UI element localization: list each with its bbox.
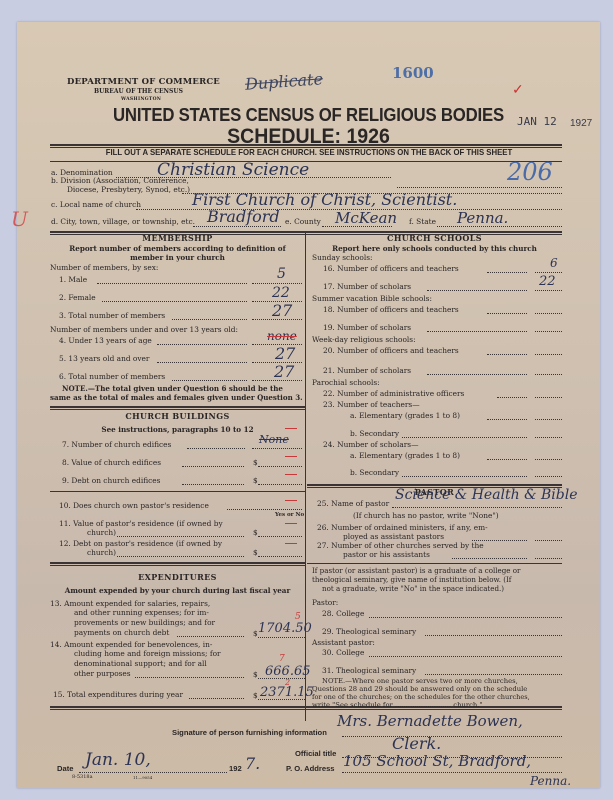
- leader-dots: [187, 448, 245, 449]
- q23b-field[interactable]: [535, 437, 562, 438]
- q13-label: 13. Amount expended for salaries, repair…: [50, 599, 210, 608]
- residence-debt-label: 12. Debt on pastor's residence (if owned…: [59, 539, 222, 548]
- q14-label-4: other purposes: [74, 669, 131, 678]
- red-check-mark: [285, 428, 297, 429]
- q13-label-4: payments on church debt: [74, 628, 169, 637]
- q27-field[interactable]: [535, 558, 562, 559]
- leader-dots: [157, 362, 247, 363]
- leader-dots: [189, 698, 244, 699]
- q21-label: 21. Number of scholars: [323, 366, 411, 375]
- leader-dots: [97, 283, 247, 284]
- currency-symbol: $: [253, 458, 258, 467]
- leader-dots: [427, 331, 527, 332]
- female-label: 2. Female: [59, 293, 96, 302]
- residence-value-field[interactable]: [258, 536, 302, 537]
- red-check-icon: ✓: [512, 82, 524, 98]
- edifices-debt-field[interactable]: [258, 484, 302, 485]
- leader-dots: [182, 466, 244, 467]
- q26-label-2: ployed as assistant pastors: [343, 532, 444, 541]
- q19-label: 19. Number of scholars: [323, 323, 411, 332]
- q14-label-2: cluding home and foreign missions; for: [74, 649, 221, 658]
- leader-dots: [402, 437, 527, 438]
- q27-label: 27. Number of other churches served by t…: [317, 541, 484, 550]
- denomination-dots-right: [397, 187, 562, 188]
- leader-dots: [172, 319, 247, 320]
- divider: [307, 563, 562, 564]
- q21-field[interactable]: [535, 374, 562, 375]
- currency-symbol: $: [253, 629, 258, 638]
- signature-value: Mrs. Bernadette Bowen,: [337, 712, 523, 730]
- q30-label: 30. College: [322, 648, 364, 657]
- q23-label: 23. Number of teachers—: [323, 400, 420, 409]
- membership-subtitle-2: member in your church: [50, 253, 305, 262]
- by-sex-label: Number of members, by sex:: [50, 263, 158, 272]
- bureau-heading: BUREAU OF THE CENSUS: [94, 88, 183, 95]
- form-title: UNITED STATES CENSUS OF RELIGIOUS BODIES: [37, 105, 579, 126]
- summer-schools-label: Summer vacation Bible schools:: [312, 294, 432, 303]
- column-divider: [305, 231, 306, 721]
- q17-label: 17. Number of scholars: [323, 282, 411, 291]
- form-number: 8-5318a: [72, 774, 93, 780]
- q13-value: 1704.50: [258, 621, 312, 636]
- yes-no-hint: Yes or No: [275, 512, 304, 518]
- leader-dots: [487, 313, 527, 314]
- membership-note-2: same as the total of males and females g…: [50, 393, 305, 402]
- county-value: McKean: [335, 209, 397, 227]
- residence-debt-label-2: church): [87, 548, 116, 557]
- q20-label: 20. Number of officers and teachers: [323, 346, 459, 355]
- q25-label: 25. Name of pastor: [317, 499, 389, 508]
- official-title-label: Official title: [295, 749, 336, 758]
- edifices-value-label: 8. Value of church edifices: [62, 458, 161, 467]
- census-schedule-sheet: DEPARTMENT OF COMMERCE BUREAU OF THE CEN…: [17, 22, 600, 788]
- q29-label: 29. Theological seminary: [322, 627, 416, 636]
- handwritten-duplicate: Duplicate: [244, 69, 323, 93]
- q23a-field[interactable]: [535, 419, 562, 420]
- red-check-mark: [285, 543, 297, 544]
- q16-label: 16. Number of officers and teachers: [323, 264, 459, 273]
- city-field[interactable]: [193, 226, 281, 227]
- 13-and-over-label: 5. 13 years old and over: [59, 354, 149, 363]
- margin-mark: U: [11, 207, 28, 231]
- edifices-count-value: None: [259, 433, 289, 446]
- q30-field[interactable]: [369, 656, 562, 657]
- local-name-label: c. Local name of church: [51, 200, 141, 209]
- leader-dots: [402, 476, 527, 477]
- section-rule: [50, 562, 305, 566]
- graduate-note: If pastor (or assistant pastor) is a gra…: [312, 566, 520, 575]
- q15-correction: 2: [285, 678, 290, 687]
- leader-dots: [452, 558, 527, 559]
- weekday-schools-label: Week-day religious schools:: [312, 335, 416, 344]
- q14-correction: 7: [279, 654, 285, 664]
- residence-value-label-2: church): [87, 528, 116, 537]
- leader-dots: [497, 397, 527, 398]
- leader-dots: [172, 380, 247, 381]
- address-field[interactable]: [342, 772, 562, 773]
- q26-field[interactable]: [535, 540, 562, 541]
- parochial-schools-label: Parochial schools:: [312, 378, 380, 387]
- residence-debt-field[interactable]: [258, 556, 302, 557]
- graduate-note-2: theological seminary, give name of insti…: [312, 575, 511, 584]
- q16-value: 6: [550, 256, 558, 270]
- q17-value: 22: [539, 274, 556, 289]
- leader-dots: [102, 301, 247, 302]
- leader-dots: [427, 374, 527, 375]
- q28-label: 28. College: [322, 609, 364, 618]
- q13-label-3: provements or new buildings; and for: [74, 618, 215, 627]
- address-label: P. O. Address: [286, 764, 335, 773]
- pastor-name-field[interactable]: [392, 507, 562, 508]
- leader-dots: [135, 677, 244, 678]
- signature-label: Signature of person furnishing informati…: [172, 728, 327, 737]
- edifices-debt-label: 9. Debt on church edifices: [62, 476, 160, 485]
- leader-dots: [117, 556, 244, 557]
- denomination-code: 206: [507, 158, 553, 186]
- q24-label: 24. Number of scholars—: [323, 440, 419, 449]
- city-label: d. City, town, village, or township, etc…: [51, 217, 195, 226]
- pastor-subheading: Pastor:: [312, 598, 338, 607]
- q13-field[interactable]: [258, 637, 305, 638]
- expenditures-title: EXPENDITURES: [50, 572, 305, 582]
- date-field[interactable]: [79, 772, 227, 773]
- leader-dots: [487, 459, 527, 460]
- q18-field[interactable]: [535, 313, 562, 314]
- q27-label-2: pastor or his assistants: [343, 550, 430, 559]
- print-code: 11—9054: [133, 775, 152, 780]
- divider: [50, 491, 305, 492]
- leader-dots: [182, 484, 244, 485]
- currency-symbol: $: [253, 670, 258, 679]
- q31-label: 31. Theological seminary: [322, 666, 416, 675]
- q16-field[interactable]: [535, 272, 562, 273]
- edifices-count-label: 7. Number of church edifices: [62, 440, 171, 449]
- owns-residence-field[interactable]: [227, 509, 302, 510]
- currency-symbol: $: [253, 528, 258, 537]
- pastor-note-4: write "See schedule for ................…: [312, 701, 483, 710]
- church-schools-subtitle: Report here only schools conducted by th…: [307, 244, 562, 253]
- q18-label: 18. Number of officers and teachers: [323, 305, 459, 314]
- q23b-label: b. Secondary: [350, 429, 399, 438]
- q24a-field[interactable]: [535, 459, 562, 460]
- membership-note: NOTE.—The total given under Question 6 s…: [62, 384, 302, 393]
- section-rule: [50, 706, 562, 710]
- q26-label: 26. Number of ordained ministers, if any…: [317, 523, 488, 532]
- signature-field[interactable]: [342, 736, 562, 737]
- q17-field[interactable]: [535, 290, 562, 291]
- date-label: Date: [57, 764, 73, 773]
- q24b-label: b. Secondary: [350, 468, 399, 477]
- q28-field[interactable]: [369, 617, 562, 618]
- currency-symbol: $: [253, 476, 258, 485]
- q31-field[interactable]: [425, 674, 562, 675]
- total-members-2-value: 27: [274, 362, 294, 381]
- leader-dots: [177, 636, 244, 637]
- total-members-value: 27: [272, 301, 292, 320]
- currency-symbol: $: [253, 691, 258, 700]
- q14-label: 14. Amount expended for benevolences, in…: [50, 640, 212, 649]
- address-value: 105 School St, Bradford,: [343, 752, 531, 770]
- received-date-stamp: JAN 12: [517, 115, 557, 128]
- total-members-label: 3. Total number of members: [59, 311, 165, 320]
- edifices-value-field[interactable]: [258, 466, 302, 467]
- pastor-name-value: Science & Health & Bible: [395, 487, 578, 503]
- date-value: Jan. 10,: [85, 750, 151, 770]
- county-label: e. County: [285, 217, 321, 226]
- q23a-label: a. Elementary (grades 1 to 8): [350, 411, 460, 420]
- q14-value: 666.65: [265, 664, 311, 679]
- leader-dots: [117, 536, 244, 537]
- red-check-mark: [285, 523, 297, 524]
- leader-dots: [427, 290, 527, 291]
- division-label: b. Division (Association, Conference,: [51, 176, 189, 185]
- section-rule: [50, 406, 305, 410]
- assistant-pastor-subheading: Assistant pastor:: [312, 638, 375, 647]
- membership-subtitle: Report number of members according to de…: [50, 244, 305, 253]
- q19-field[interactable]: [535, 331, 562, 332]
- q22-field[interactable]: [535, 397, 562, 398]
- division-label-2: Diocese, Presbytery, Synod, etc.): [67, 185, 190, 194]
- q25-hint: (If church has no pastor, write "None"): [353, 511, 499, 520]
- instruction-line: FILL OUT A SEPARATE SCHEDULE FOR EACH CH…: [72, 148, 547, 157]
- female-value: 22: [272, 285, 290, 301]
- leader-dots: [487, 419, 527, 420]
- leader-dots: [157, 344, 247, 345]
- q24b-field[interactable]: [535, 476, 562, 477]
- city-heading: WASHINGTON: [121, 97, 161, 102]
- state-label: f. State: [409, 217, 436, 226]
- red-check-mark: [285, 456, 297, 457]
- membership-title: MEMBERSHIP: [50, 233, 305, 243]
- q29-field[interactable]: [425, 635, 562, 636]
- year-value: 7.: [245, 754, 260, 773]
- city-value: Bradford: [207, 207, 280, 226]
- male-field[interactable]: [252, 283, 302, 284]
- by-age-label: Number of members under and over 13 year…: [50, 325, 238, 334]
- q20-field[interactable]: [535, 354, 562, 355]
- red-check-mark: [285, 500, 297, 501]
- owns-residence-label: 10. Does church own pastor's residence: [59, 501, 209, 510]
- male-value: 5: [277, 266, 286, 282]
- under-13-value: none: [267, 329, 297, 343]
- leader-dots: [487, 354, 527, 355]
- year-prefix: 192: [229, 764, 242, 773]
- expenditures-subtitle: Amount expended by your church during la…: [50, 586, 305, 595]
- q14-label-3: denominational support; and for all: [74, 659, 207, 668]
- edifices-count-field[interactable]: [252, 448, 302, 449]
- q24a-label: a. Elementary (grades 1 to 8): [350, 451, 460, 460]
- total-members-2-label: 6. Total number of members: [59, 372, 165, 381]
- sunday-schools-label: Sunday schools:: [312, 253, 372, 262]
- church-buildings-title: CHURCH BUILDINGS: [50, 411, 305, 421]
- under-13-label: 4. Under 13 years of age: [59, 336, 152, 345]
- q15-label: 15. Total expenditures during year: [53, 690, 183, 699]
- residence-value-label: 11. Value of pastor's residence (if owne…: [59, 519, 223, 528]
- received-year-stamp: 1927: [570, 118, 592, 129]
- official-title-value: Clerk.: [392, 734, 441, 753]
- 13-and-over-value: 27: [275, 344, 295, 363]
- male-label: 1. Male: [59, 275, 87, 284]
- file-number-stamp: 1600: [392, 64, 434, 82]
- q22-label: 22. Number of administrative officers: [323, 389, 464, 398]
- graduate-note-3: not a graduate, write "No" in the space …: [322, 584, 504, 593]
- q13-label-2: and other running expenses; for im-: [74, 608, 209, 617]
- red-check-mark: [285, 474, 297, 475]
- state-value: Penna.: [457, 209, 508, 227]
- address-value-2: Penna.: [530, 774, 571, 788]
- currency-symbol: $: [253, 548, 258, 557]
- q13-correction: 5: [295, 612, 301, 622]
- department-heading: DEPARTMENT OF COMMERCE: [67, 77, 220, 87]
- q15-value: 2371.15: [260, 685, 314, 700]
- leader-dots: [487, 272, 527, 273]
- church-schools-title: CHURCH SCHOOLS: [307, 233, 562, 243]
